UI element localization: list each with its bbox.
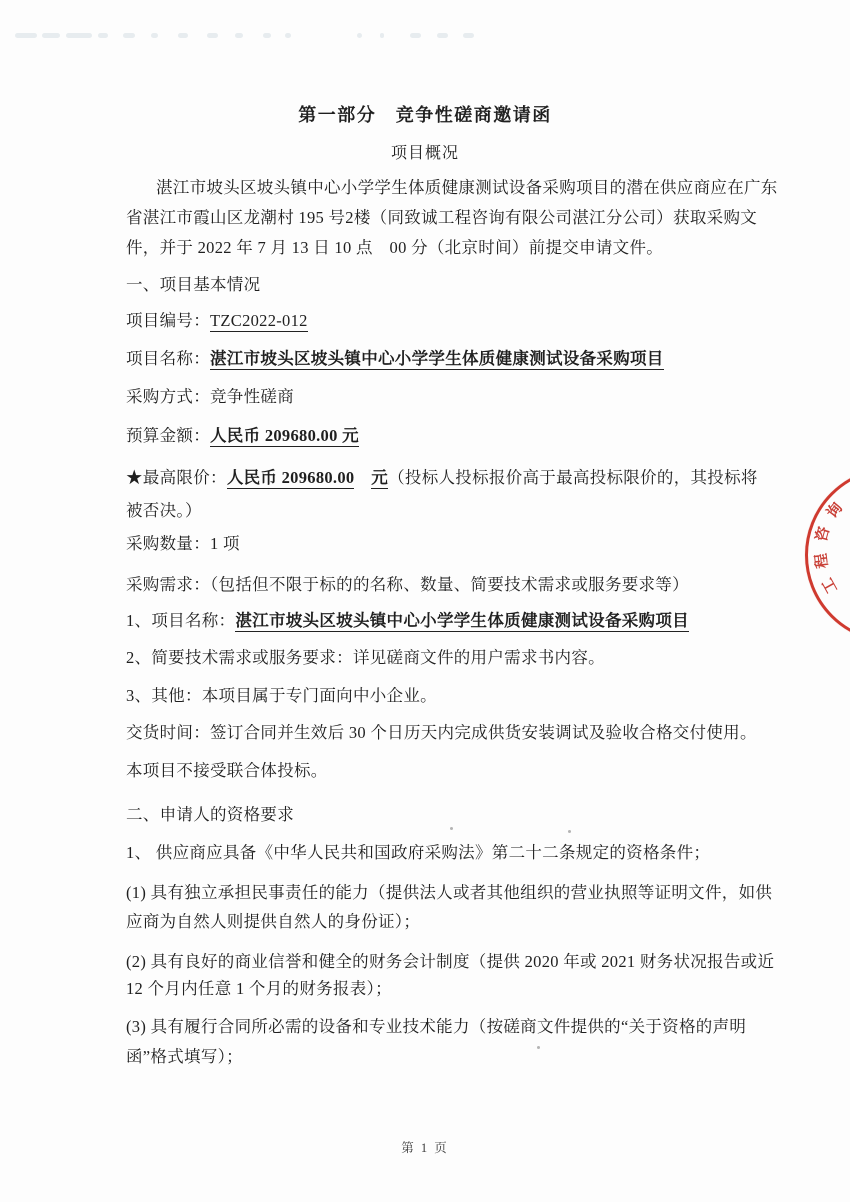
text-run: 项目概况 — [391, 145, 459, 162]
scan-smudge — [15, 33, 37, 38]
seal-character: 咨 — [810, 524, 834, 544]
text-run: 12 个月内任意 1 个月的财务报表）； — [126, 979, 392, 998]
qualification-3-cont: 函”格式填写）； — [126, 1045, 243, 1069]
text-run: 湛江市坡头区坡头镇中心小学学生体质健康测试设备采购项目 — [235, 611, 689, 632]
text-run: 第一部分 竞争性磋商邀请函 — [298, 105, 552, 125]
text-run: 采购数量：1 项 — [126, 534, 240, 553]
qualification-3: (3) 具有履行合同所必需的设备和专业技术能力（按磋商文件提供的“关于资格的声明 — [126, 1015, 746, 1039]
scan-smudge — [178, 33, 188, 38]
text-run: 人民币 209680.00 元 — [210, 426, 359, 447]
doc-title: 第一部分 竞争性磋商邀请函 — [0, 103, 850, 127]
scan-smudge — [235, 33, 243, 38]
text-run: (3) 具有履行合同所必需的设备和专业技术能力（按磋商文件提供的“关于资格的声明 — [126, 1017, 746, 1036]
text-run: 二、申请人的资格要求 — [126, 805, 294, 824]
scan-smudge — [437, 33, 448, 38]
item-2-technical-requirements: 2、简要技术需求或服务要求：详见磋商文件的用户需求书内容。 — [126, 646, 605, 670]
qualification-2-cont: 12 个月内任意 1 个月的财务报表）； — [126, 977, 392, 1001]
field-quantity: 采购数量：1 项 — [126, 532, 240, 556]
text-run: 项目名称： — [126, 349, 210, 368]
scan-smudge — [463, 33, 474, 38]
field-max-price-cont: 被否决。） — [126, 499, 202, 523]
scan-smudge — [151, 33, 158, 38]
text-run: 1、 供应商应具备《中华人民共和国政府采购法》第二十二条规定的资格条件； — [126, 843, 710, 862]
field-requirements: 采购需求：（包括但不限于标的的名称、数量、简要技术需求或服务要求等） — [126, 573, 689, 597]
scan-smudge — [410, 33, 421, 38]
text-run: 一、项目基本情况 — [126, 275, 260, 294]
text-run: 件，并于 2022 年 7 月 13 日 10 点 00 分（北京时间）前提交申… — [126, 238, 663, 257]
seal-character: 程 — [809, 552, 832, 569]
statement-no-consortium: 本项目不接受联合体投标。 — [126, 759, 328, 783]
scan-smudge — [285, 33, 291, 38]
scan-speck — [568, 830, 571, 833]
text-run: 应商为自然人则提供自然人的身份证）； — [126, 912, 420, 931]
scan-smudge — [42, 33, 60, 38]
scan-smudge — [123, 33, 135, 38]
text-run: 人民币 209680.00 — [227, 468, 355, 489]
scan-smudge — [66, 33, 92, 38]
scan-smudge — [263, 33, 271, 38]
scan-smudge — [380, 33, 384, 38]
overview-paragraph-line: 湛江市坡头区坡头镇中心小学学生体质健康测试设备采购项目的潜在供应商应在广东 — [126, 176, 778, 200]
field-delivery-time: 交货时间：签订合同并生效后 30 个日历天内完成供货安装调试及验收合格交付使用。 — [126, 721, 757, 745]
overview-paragraph-line: 省湛江市霞山区龙潮村 195 号2楼（同致诚工程咨询有限公司湛江分公司）获取采购… — [126, 206, 757, 230]
scan-smudge — [357, 33, 362, 38]
text-run: 采购需求：（包括但不限于标的的名称、数量、简要技术需求或服务要求等） — [126, 575, 689, 594]
section-subtitle: 项目概况 — [0, 142, 850, 166]
text-run: (2) 具有良好的商业信誉和健全的财务会计制度（提供 2020 年或 2021 … — [126, 952, 774, 971]
scan-speck — [450, 827, 453, 830]
text-run: 项目编号： — [126, 311, 210, 330]
text-run: 被否决。） — [126, 501, 202, 520]
text-run: TZC2022-012 — [210, 311, 308, 332]
qualification-2: (2) 具有良好的商业信誉和健全的财务会计制度（提供 2020 年或 2021 … — [126, 950, 774, 974]
scan-smudge — [98, 33, 108, 38]
seal-character: 工 — [816, 574, 842, 597]
document-page: 第一部分 竞争性磋商邀请函项目概况湛江市坡头区坡头镇中心小学学生体质健康测试设备… — [0, 0, 850, 1202]
text-run: 3、其他：本项目属于专门面向中小企业。 — [126, 686, 437, 705]
qualification-1-cont: 应商为自然人则提供自然人的身份证）； — [126, 910, 420, 934]
text-run: 1、项目名称： — [126, 611, 235, 630]
item-1-project-name: 1、项目名称：湛江市坡头区坡头镇中心小学学生体质健康测试设备采购项目 — [126, 609, 689, 633]
text-run: 交货时间：签订合同并生效后 30 个日历天内完成供货安装调试及验收合格交付使用。 — [126, 723, 757, 742]
text-run: 元 — [371, 468, 388, 489]
text-run: （投标人投标报价高于最高投标限价的，其投标将 — [388, 468, 758, 487]
text-run: 函”格式填写）； — [126, 1047, 243, 1066]
section-heading-1: 一、项目基本情况 — [126, 273, 260, 297]
seal-character: 询 — [821, 498, 847, 523]
item-3-other: 3、其他：本项目属于专门面向中小企业。 — [126, 684, 437, 708]
field-procurement-method: 采购方式：竞争性磋商 — [126, 385, 294, 409]
text-run: 湛江市坡头区坡头镇中心小学学生体质健康测试设备采购项目 — [210, 349, 664, 370]
text-run: 预算金额： — [126, 426, 210, 445]
text-run: 本项目不接受联合体投标。 — [126, 761, 328, 780]
text-run: 2、简要技术需求或服务要求：详见磋商文件的用户需求书内容。 — [126, 648, 605, 667]
text-run — [354, 468, 371, 487]
field-max-price: ★最高限价：人民币 209680.00 元（投标人投标报价高于最高投标限价的，其… — [126, 466, 758, 490]
section-heading-2: 二、申请人的资格要求 — [126, 803, 294, 827]
text-run: 省湛江市霞山区龙潮村 195 号2楼（同致诚工程咨询有限公司湛江分公司）获取采购… — [126, 208, 757, 227]
field-project-number: 项目编号：TZC2022-012 — [126, 309, 308, 333]
text-run: 湛江市坡头区坡头镇中心小学学生体质健康测试设备采购项目的潜在供应商应在广东 — [156, 178, 778, 197]
text-run: (1) 具有独立承担民事责任的能力（提供法人或者其他组织的营业执照等证明文件，如… — [126, 883, 772, 902]
scan-speck — [537, 1046, 540, 1049]
text-run: ★最高限价： — [126, 468, 227, 487]
scan-smudge — [207, 33, 218, 38]
overview-paragraph-line: 件，并于 2022 年 7 月 13 日 10 点 00 分（北京时间）前提交申… — [126, 236, 663, 260]
qualification-intro: 1、 供应商应具备《中华人民共和国政府采购法》第二十二条规定的资格条件； — [126, 841, 710, 865]
field-budget-amount: 预算金额：人民币 209680.00 元 — [126, 424, 359, 448]
text-run: 采购方式：竞争性磋商 — [126, 387, 294, 406]
page-footer: 第 1 页 — [0, 1138, 850, 1156]
seal-ring — [805, 467, 850, 643]
qualification-1: (1) 具有独立承担民事责任的能力（提供法人或者其他组织的营业执照等证明文件，如… — [126, 881, 772, 905]
field-project-name: 项目名称：湛江市坡头区坡头镇中心小学学生体质健康测试设备采购项目 — [126, 347, 664, 371]
